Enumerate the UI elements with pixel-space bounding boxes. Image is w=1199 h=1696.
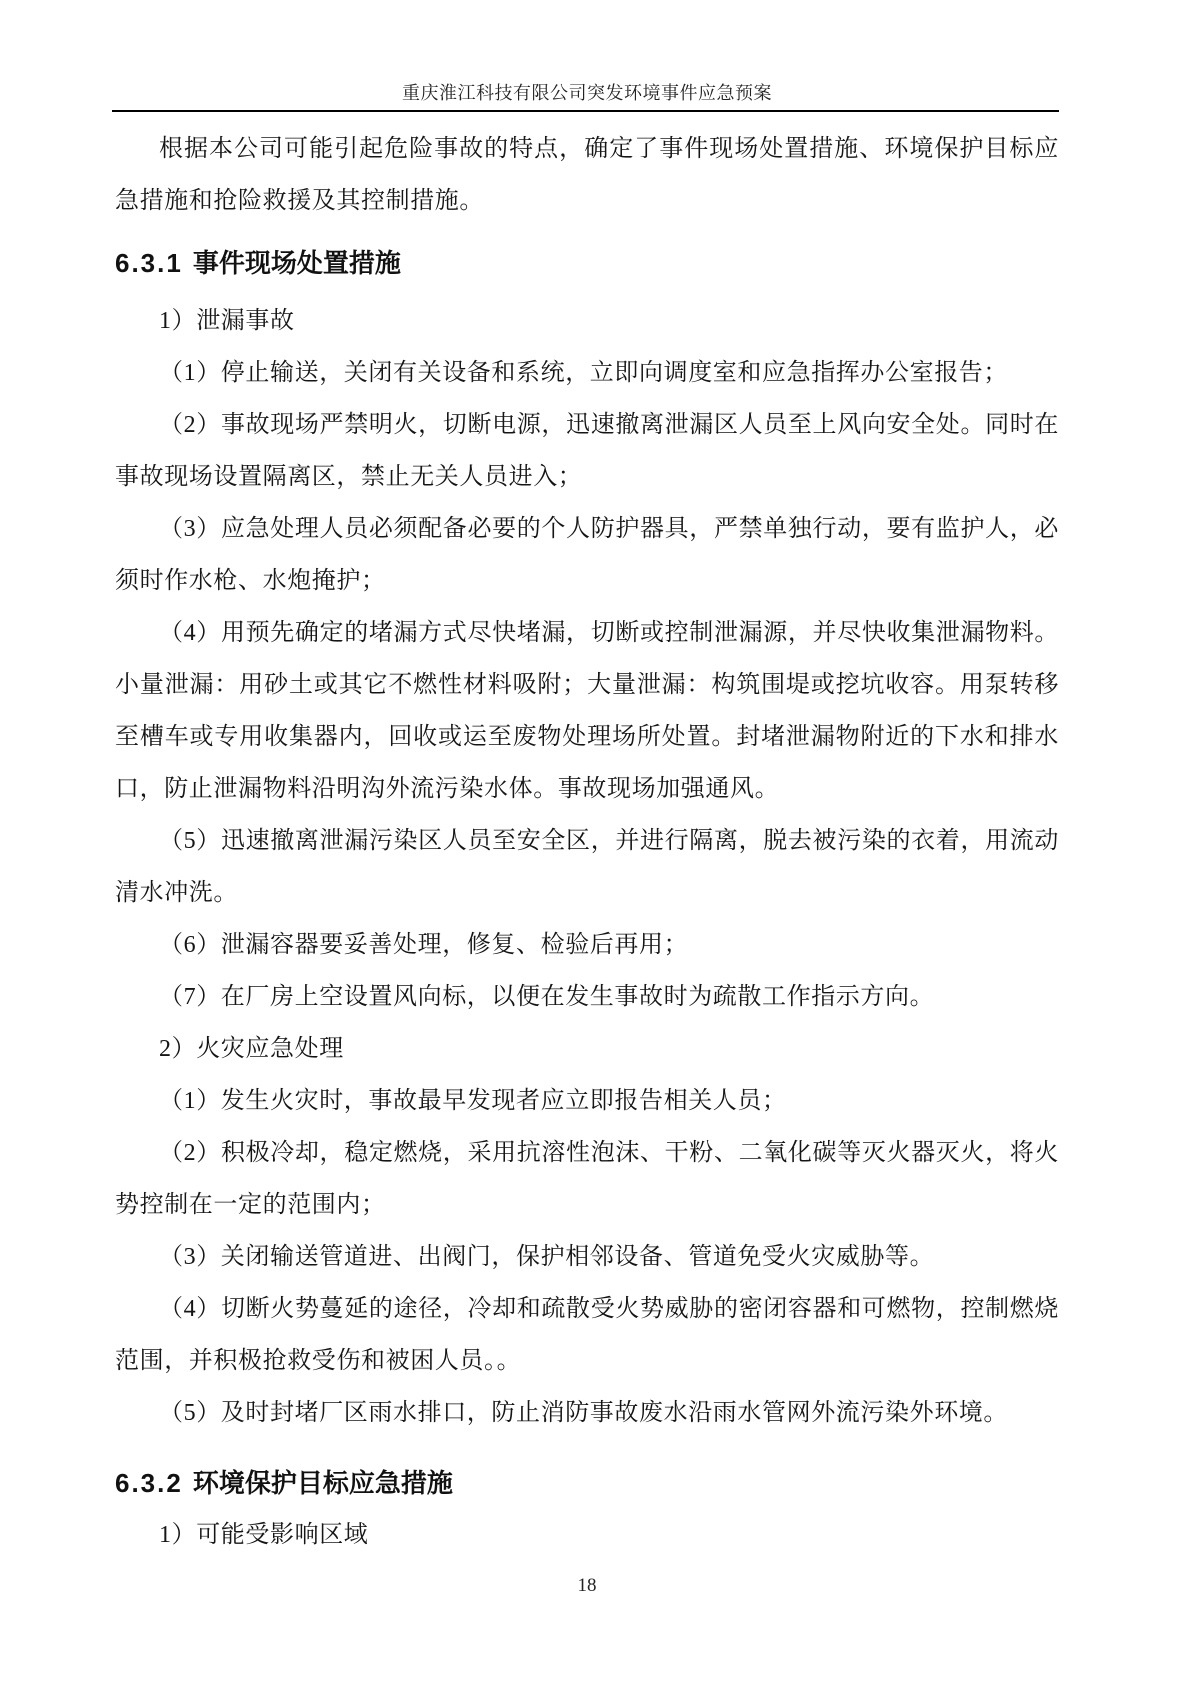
- text-line: 范围，并积极抢救受伤和被困人员。。: [115, 1335, 1059, 1387]
- section-number: 6.3.1: [115, 248, 183, 278]
- text-line: 至槽车或专用收集器内，回收或运至废物处理场所处置。封堵泄漏物附近的下水和排水: [115, 711, 1059, 763]
- text-line: 根据本公司可能引起危险事故的特点，确定了事件现场处置措施、环境保护目标应: [115, 123, 1059, 175]
- text-line: （4）用预先确定的堵漏方式尽快堵漏，切断或控制泄漏源，并尽快收集泄漏物料。: [115, 607, 1059, 659]
- text-line: （2）事故现场严禁明火，切断电源，迅速撤离泄漏区人员至上风向安全处。同时在: [115, 399, 1059, 451]
- text-line: 1）可能受影响区域: [115, 1509, 1059, 1561]
- header-rule: [112, 110, 1059, 112]
- text-line: 事故现场设置隔离区，禁止无关人员进入；: [115, 451, 1059, 503]
- text-line: （7）在厂房上空设置风向标，以便在发生事故时为疏散工作指示方向。: [115, 971, 1059, 1023]
- text-line: 急措施和抢险救援及其控制措施。: [115, 175, 1059, 227]
- section-number: 6.3.2: [115, 1468, 183, 1498]
- text-line: 清水冲洗。: [115, 867, 1059, 919]
- text-line: （3）应急处理人员必须配备必要的个人防护器具，严禁单独行动，要有监护人，必: [115, 503, 1059, 555]
- text-line: （3）关闭输送管道进、出阀门，保护相邻设备、管道免受火灾威胁等。: [115, 1231, 1059, 1283]
- running-header-title: 重庆淮江科技有限公司突发环境事件应急预案: [115, 82, 1059, 104]
- section-heading: 6.3.2环境保护目标应急措施: [115, 1457, 1059, 1509]
- document-page: 重庆淮江科技有限公司突发环境事件应急预案 根据本公司可能引起危险事故的特点，确定…: [0, 0, 1199, 1696]
- text-line: 口，防止泄漏物料沿明沟外流污染水体。事故现场加强通风。: [115, 763, 1059, 815]
- text-line: 势控制在一定的范围内；: [115, 1179, 1059, 1231]
- page-number: 18: [115, 1574, 1059, 1598]
- document-content: 根据本公司可能引起危险事故的特点，确定了事件现场处置措施、环境保护目标应急措施和…: [115, 123, 1059, 1561]
- text-line: 2）火灾应急处理: [115, 1023, 1059, 1075]
- text-line: （1）停止输送，关闭有关设备和系统，立即向调度室和应急指挥办公室报告；: [115, 347, 1059, 399]
- text-line: （1）发生火灾时，事故最早发现者应立即报告相关人员；: [115, 1075, 1059, 1127]
- text-line: 1）泄漏事故: [115, 295, 1059, 347]
- section-title: 环境保护目标应急措施: [193, 1468, 453, 1498]
- text-line: （5）迅速撤离泄漏污染区人员至安全区，并进行隔离，脱去被污染的衣着，用流动: [115, 815, 1059, 867]
- text-line: 小量泄漏：用砂土或其它不燃性材料吸附；大量泄漏：构筑围堤或挖坑收容。用泵转移: [115, 659, 1059, 711]
- text-line: （2）积极冷却，稳定燃烧，采用抗溶性泡沫、干粉、二氧化碳等灭火器灭火，将火: [115, 1127, 1059, 1179]
- text-line: （6）泄漏容器要妥善处理，修复、检验后再用；: [115, 919, 1059, 971]
- section-heading: 6.3.1事件现场处置措施: [115, 237, 1059, 289]
- text-line: 须时作水枪、水炮掩护；: [115, 555, 1059, 607]
- text-line: （4）切断火势蔓延的途径，冷却和疏散受火势威胁的密闭容器和可燃物，控制燃烧: [115, 1283, 1059, 1335]
- text-line: （5）及时封堵厂区雨水排口，防止消防事故废水沿雨水管网外流污染外环境。: [115, 1387, 1059, 1439]
- section-title: 事件现场处置措施: [193, 248, 401, 278]
